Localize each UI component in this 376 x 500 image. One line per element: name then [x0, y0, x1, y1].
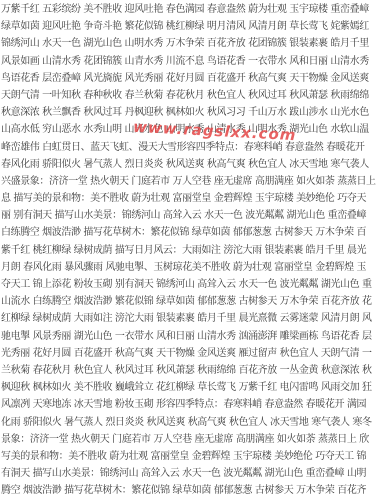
- text-line: 风凛冽 天寒地冻 冰天雪地 粉妆玉砌 形容四季特点：春寒料峭 春意盎然 春暖花开…: [1, 396, 376, 413]
- text-line: 峰峦雄伟 白虹贯日、蓝天飞虹、漫天大雪形容四季特点：春寒料峭 春意盎然 春暖花开: [1, 139, 376, 156]
- text-line: 写美的景和物：美不胜收 蔚为壮观 富丽堂皇 金碧辉煌 玉宇琼楼 美妙绝伦 巧夺天…: [1, 448, 376, 465]
- text-line: 景象：济济一堂 热火朝天 门庭若市 万人空巷 座无虚席 高朋满座 如火如荼 蒸蒸…: [1, 431, 376, 448]
- idiom-text-block: 万紫千红 五彩缤纷 美不胜收 迎风吐艳 春色满园 春意盎然 蔚为壮观 玉宇琼楼 …: [1, 1, 376, 499]
- text-line: 化雨 骄阳似火 暑气蒸人 烈日炎炎 秋风送爽 秋高气爽 秋色宜人 冰天雪地 寒气…: [1, 414, 376, 431]
- text-line: 山高水低 穷山恶水 水秀山明 山光水色 山明水秀 山清水秀 山明水秀 湖光山色 …: [1, 121, 376, 138]
- text-line: 驰电掣 风景秀丽 湖光山色 一衣带水 风和日丽 山清水秀 汹涌澎湃 雕梁画栋 鸟…: [1, 328, 376, 345]
- text-line: 万紫千红 五彩缤纷 美不胜收 迎风吐艳 春色满园 春意盎然 蔚为壮观 玉宇琼楼 …: [1, 1, 376, 18]
- text-line: 白练腾空 烟波浩渺 描写花草树木：繁花似锦 绿草如茵 郁郁葱葱 古树参天 万木争…: [1, 224, 376, 241]
- text-line: 兴盛景象：济济一堂 热火朝天 门庭若市 万人空巷 座无虚席 高朋满座 如火如荼 …: [1, 173, 376, 190]
- text-line: 紫千红 桃红柳绿 绿树成荫 描写日月风云：大雨如注 滂沱大雨 银装素裹 皓月千里…: [1, 242, 376, 259]
- document-page: 万紫千红 五彩缤纷 美不胜收 迎风吐艳 春色满园 春意盎然 蔚为壮观 玉宇琼楼 …: [0, 0, 376, 500]
- text-line: 丽 别有洞天 描写山水美景：锦绣河山 高耸入云 水天一色 波光粼粼 湖光山色 重…: [1, 207, 376, 224]
- text-line: 息 描写美的景和物：美不胜收 蔚为壮观 富丽堂皇 金碧辉煌 玉宇琼楼 美妙绝伦 …: [1, 190, 376, 207]
- text-line: 月朗 春风化雨 暴风骤雨 风驰电掣、玉树琼花美不胜收 蔚为壮观 富丽堂皇 金碧辉…: [1, 259, 376, 276]
- text-line: 有洞天 描写山水美景：锦绣河山 高耸入云 水天一色 波光粼粼 湖光山色 重峦叠嶂…: [1, 465, 376, 482]
- text-line: 红柳绿 绿树成荫 大雨如注 滂沱大雨 银装素裹 皓月千里 晨光熹微 云雾迷蒙 风…: [1, 310, 376, 327]
- text-line: 绿草如茵 迎风吐艳 争奇斗艳 繁花似锦 桃红柳绿 明月清风 风清月朗 草长莺飞 …: [1, 18, 376, 35]
- text-line: 夺天工 锦上添花 粉妆玉砌 别有洞天 锦绣河山 高耸入云 水天一色 波光粼粼 湖…: [1, 276, 376, 293]
- text-line: 风景如画 山清水秀 花团锦簇 山青水秀 川流不息 鸟语花香 一衣带水 风和日丽 …: [1, 53, 376, 70]
- text-line: 春风化雨 骄阳似火 暑气蒸人 烈日炎炎 秋风送爽 秋高气爽 秋色宜人 冰天雪地 …: [1, 156, 376, 173]
- text-line: 腾空 烟波浩渺 描写花草树木：繁花似锦 绿草如茵 郁郁葱葱 古树参天 万木争荣 …: [1, 482, 376, 499]
- text-line: 山流水 白练腾空 烟波浩渺 繁花似锦 绿草如茵 郁郁葱葱 古树参天 万木争荣 百…: [1, 293, 376, 310]
- text-line: 鸟语花香 层峦叠嶂 风光旖旎 风光秀丽 花好月圆 百花盛开 秋高气爽 天干物燥 …: [1, 70, 376, 87]
- text-line: 兰秋菊 春花秋月 秋色宜人 秋风过耳 秋风萧瑟 秋雨绵绵 百花齐放 一丛金黄 秋…: [1, 362, 376, 379]
- text-line: 枫迎秋 枫林如火 美不胜收 巍峨耸立 花红柳绿 草长莺飞 万紫千红 电闪雷鸣 风…: [1, 379, 376, 396]
- text-line: 天朗气清 一叶知秋 春种秋收 春兰秋菊 春花秋月 秋色宜人 秋风过耳 秋风萧瑟 …: [1, 87, 376, 104]
- text-line: 秋意深浓 秋兰飘香 秋风过耳 丹枫迎秋 枫林如火 秋风习习 千山万水 跋山涉水 …: [1, 104, 376, 121]
- text-line: 锦绣河山 水天一色 湖光山色 山明水秀 万木争荣 百花齐放 花团锦簇 银装素裹 …: [1, 35, 376, 52]
- text-line: 光秀丽 花好月圆 百花盛开 秋高气爽 天干物燥 金风送爽 雁过留声 秋色宜人 天…: [1, 345, 376, 362]
